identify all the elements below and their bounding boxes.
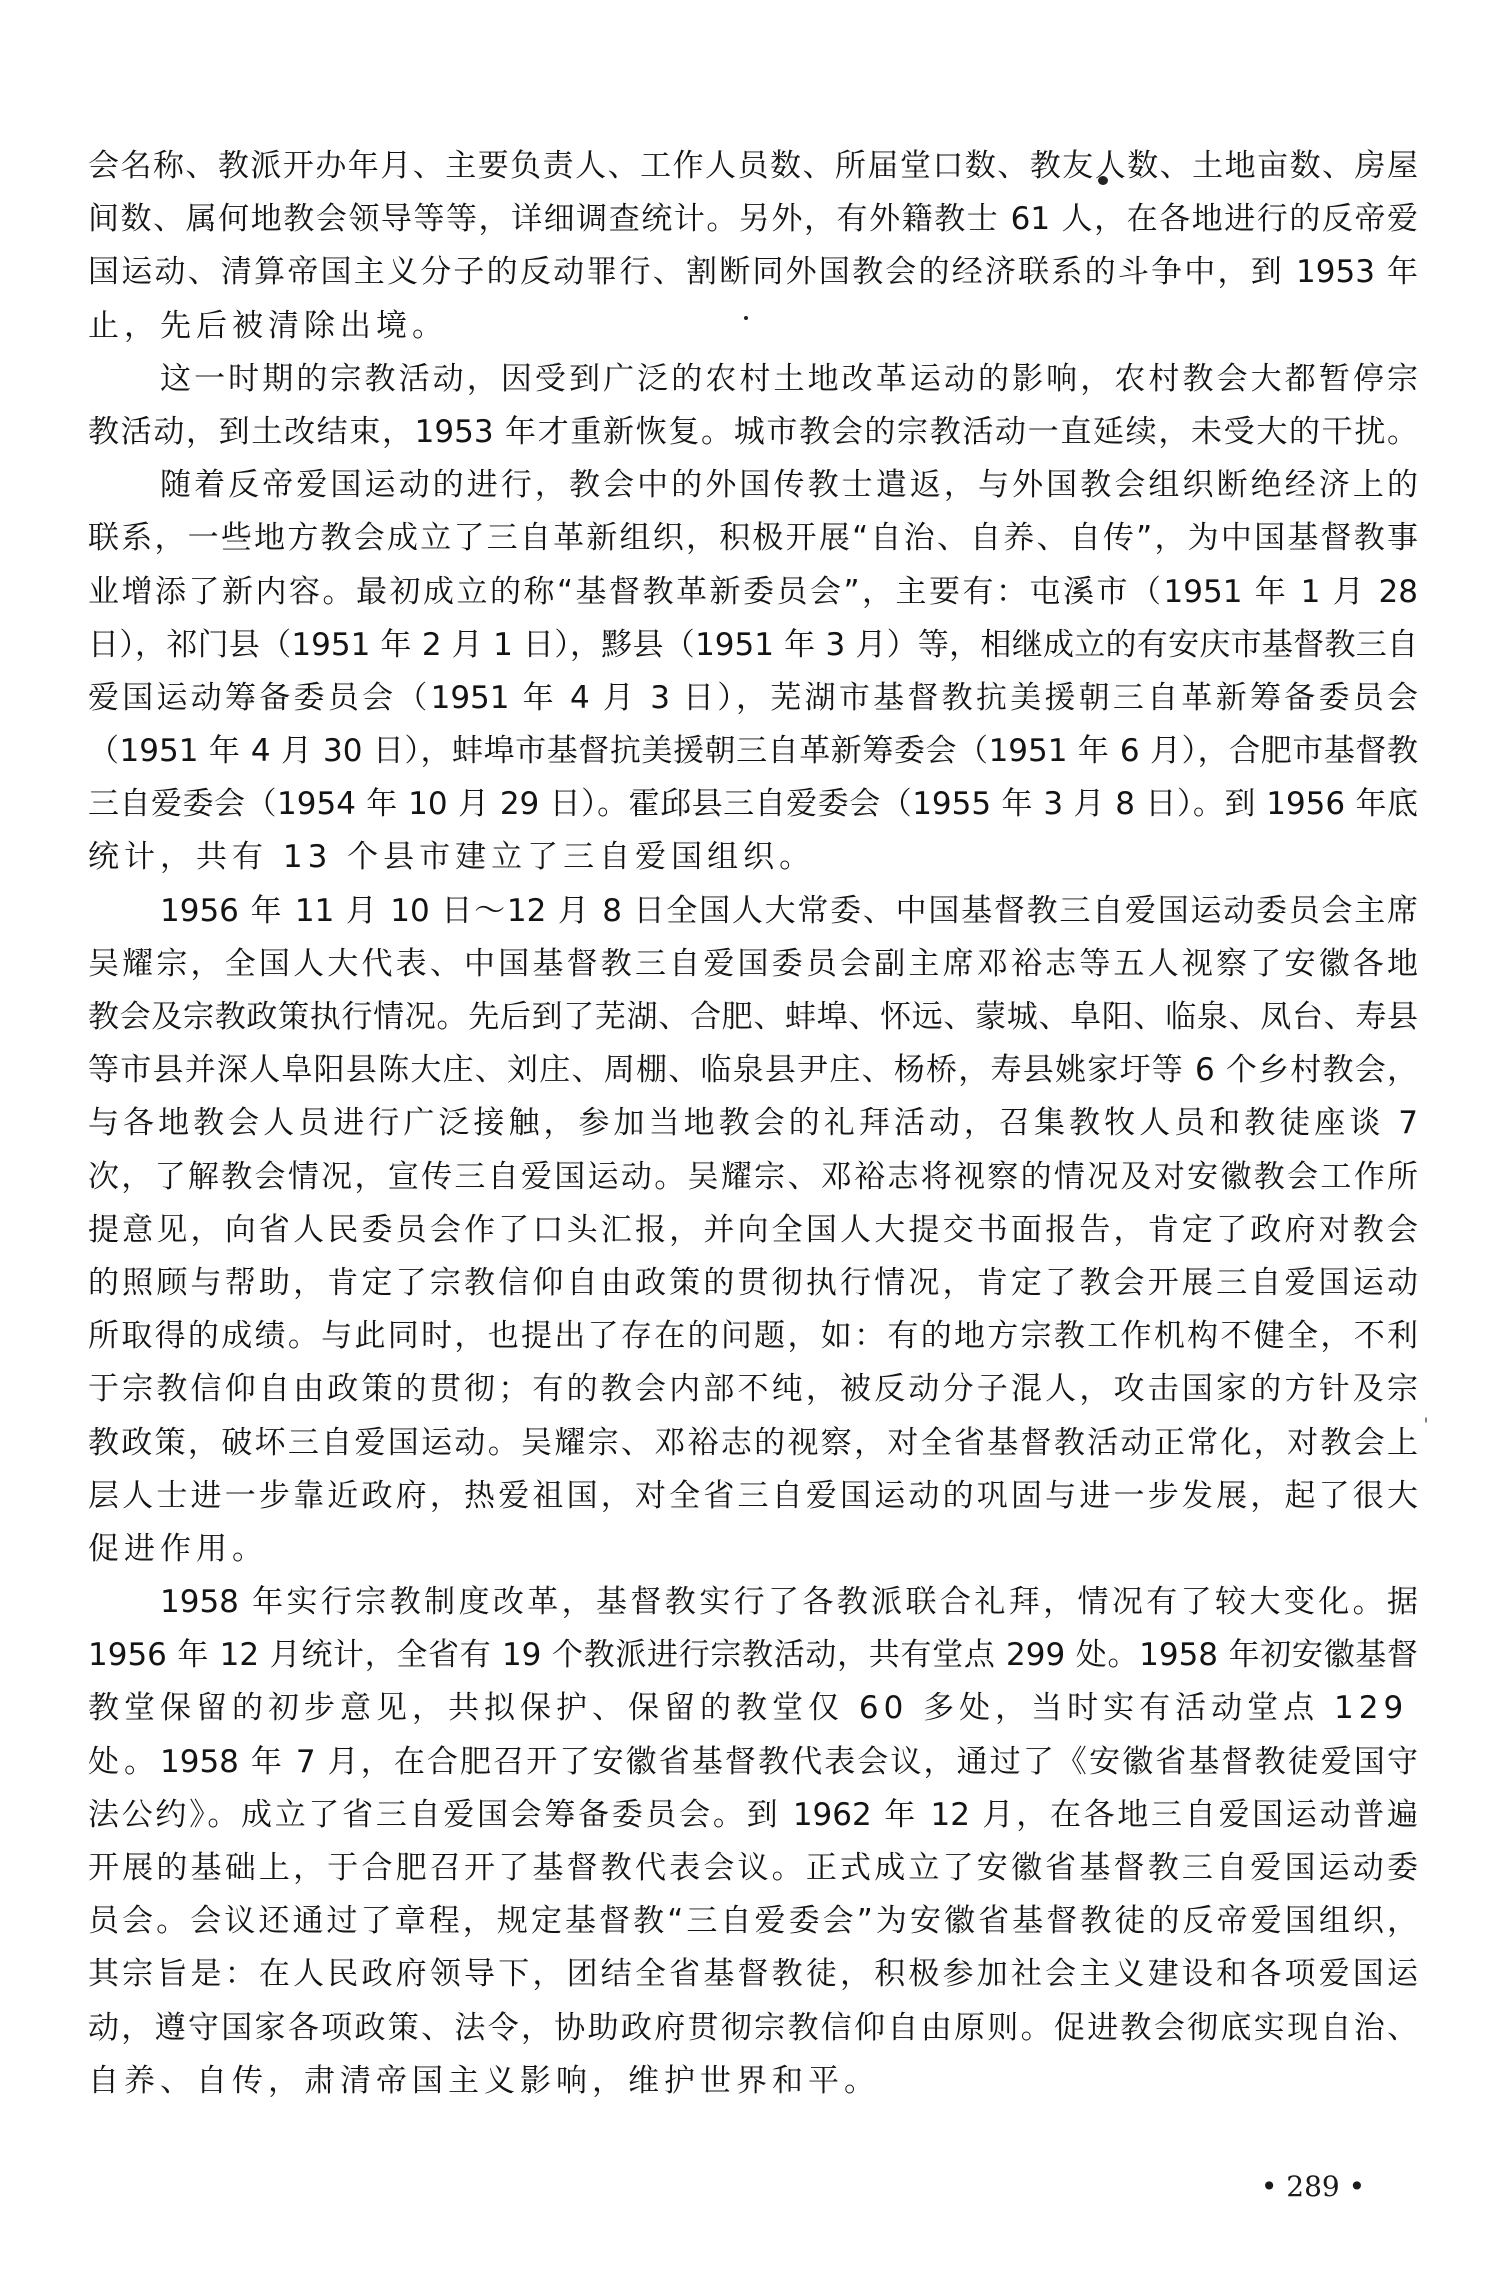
paragraph: 1958 年实行宗教制度改革，基督教实行了各教派联合礼拜，情况有了较大变化。据 … (88, 1576, 1418, 1736)
text-line: 统计，共有 13 个县市建立了三自爱国组织。 (88, 831, 1418, 884)
text-line: 爱国运动筹备委员会（1951 年 4 月 3 日），芜湖市基督教抗美援朝三自革新… (88, 672, 1418, 725)
text-line: 教政策，破坏三自爱国运动。吴耀宗、邓裕志的视察，对全省基督教活动正常化，对教会上 (88, 1417, 1418, 1470)
text-line: 层人士进一步靠近政府，热爱祖国，对全省三自爱国运动的巩固与进一步发展，起了很大 (88, 1470, 1418, 1523)
text-line: （1951 年 4 月 30 日），蚌埠市基督抗美援朝三自革新筹委会（1951 … (88, 725, 1418, 778)
text-line: 1956 年 12 月统计，全省有 19 个教派进行宗教活动，共有堂点 299 … (88, 1629, 1418, 1682)
scan-speck (1425, 1417, 1427, 1423)
text-line: 动，遵守国家各项政策、法令，协助政府贯彻宗教信仰自由原则。促进教会彻底实现自治、 (88, 2002, 1418, 2055)
text-line: 自养、自传，肃清帝国主义影响，维护世界和平。 (88, 2055, 1418, 2108)
text-line: 会名称、教派开办年月、主要负责人、工作人员数、所届堂口数、教友人数、土地亩数、房… (88, 140, 1418, 193)
text-line: 员会。会议还通过了章程，规定基督教“三自爱委会”为安徽省基督教徒的反帝爱国组织， (88, 1895, 1418, 1948)
text-line: 教堂保留的初步意见，共拟保护、保留的教堂仅 60 多处，当时实有活动堂点 129… (88, 1682, 1418, 1735)
text-line: 吴耀宗，全国人大代表、中国基督教三自爱国委员会副主席邓裕志等五人视察了安徽各地 (88, 938, 1418, 991)
text-line: 业增添了新内容。最初成立的称“基督教革新委员会”，主要有：屯溪市（1951 年 … (88, 566, 1418, 619)
text-line: 教会及宗教政策执行情况。先后到了芜湖、合肥、蚌埠、怀远、蒙城、阜阳、临泉、凤台、… (88, 991, 1418, 1044)
text-line: 国运动、清算帝国主义分子的反动罪行、割断同外国教会的经济联系的斗争中，到 195… (88, 246, 1418, 299)
text-line: 这一时期的宗教活动，因受到广泛的农村土地改革运动的影响，农村教会大都暂停宗 (88, 353, 1418, 406)
text-line: 1956 年 11 月 10 日～12 月 8 日全国人大常委、中国基督教三自爱… (88, 885, 1418, 938)
paragraph: 1956 年 11 月 10 日～12 月 8 日全国人大常委、中国基督教三自爱… (88, 885, 1418, 1576)
paragraph: 这一时期的宗教活动，因受到广泛的农村土地改革运动的影响，农村教会大都暂停宗 教活… (88, 353, 1418, 459)
text-line: 1958 年实行宗教制度改革，基督教实行了各教派联合礼拜，情况有了较大变化。据 (88, 1576, 1418, 1629)
paragraph: 1958 年 7 月，在合肥召开了安徽省基督教代表会议，通过了《安徽省基督教徒爱… (88, 1736, 1418, 2108)
text-line: 日），祁门县（1951 年 2 月 1 日），黟县（1951 年 3 月）等，相… (88, 619, 1418, 672)
scan-speck (744, 316, 748, 320)
text-line: 其宗旨是：在人民政府领导下，团结全省基督教徒，积极参加社会主义建设和各项爱国运 (88, 1948, 1418, 2001)
text-line: 教活动，到土改结束，1953 年才重新恢复。城市教会的宗教活动一直延续，未受大的… (88, 406, 1418, 459)
text-line: 1958 年 7 月，在合肥召开了安徽省基督教代表会议，通过了《安徽省基督教徒爱… (88, 1736, 1418, 1789)
text-line: 促进作用。 (88, 1523, 1418, 1576)
scan-speck (1098, 176, 1108, 185)
text-line: 于宗教信仰自由政策的贯彻；有的教会内部不纯，被反动分子混人，攻击国家的方针及宗 (88, 1363, 1418, 1416)
page-number: • 289 • (1258, 2167, 1368, 2207)
text-line: 间数、属何地教会领导等等，详细调查统计。另外，有外籍教士 61 人，在各地进行的… (88, 193, 1418, 246)
text-line: 三自爱委会（1954 年 10 月 29 日）。霍邱县三自爱委会（1955 年 … (88, 778, 1418, 831)
text-line: 开展的基础上，于合肥召开了基督教代表会议。正式成立了安徽省基督教三自爱国运动委 (88, 1842, 1418, 1895)
text-line: 止，先后被清除出境。 (88, 300, 1418, 353)
paragraph: 会名称、教派开办年月、主要负责人、工作人员数、所届堂口数、教友人数、土地亩数、房… (88, 140, 1418, 353)
text-line: 次，了解教会情况，宣传三自爱国运动。吴耀宗、邓裕志将视察的情况及对安徽教会工作所 (88, 1151, 1418, 1204)
text-line: 联系，一些地方教会成立了三自革新组织，积极开展“自治、自养、自传”，为中国基督教… (88, 512, 1418, 565)
text-line: 的照顾与帮助，肯定了宗教信仰自由政策的贯彻执行情况，肯定了教会开展三自爱国运动 (88, 1257, 1418, 1310)
text-line: 与各地教会人员进行广泛接触，参加当地教会的礼拜活动，召集教牧人员和教徒座谈 7 (88, 1097, 1418, 1150)
text-line: 法公约》。成立了省三自爱国会筹备委员会。到 1962 年 12 月，在各地三自爱… (88, 1789, 1418, 1842)
paragraph: 随着反帝爱国运动的进行，教会中的外国传教士遣返，与外国教会组织断绝经济上的 联系… (88, 459, 1418, 885)
text-line: 随着反帝爱国运动的进行，教会中的外国传教士遣返，与外国教会组织断绝经济上的 (88, 459, 1418, 512)
text-line: 提意见，向省人民委员会作了口头汇报，并向全国人大提交书面报告，肯定了政府对教会 (88, 1204, 1418, 1257)
text-line: 所取得的成绩。与此同时，也提出了存在的问题，如：有的地方宗教工作机构不健全，不利 (88, 1310, 1418, 1363)
page-body-text: 会名称、教派开办年月、主要负责人、工作人员数、所届堂口数、教友人数、土地亩数、房… (88, 140, 1418, 2108)
text-line: 等市县并深人阜阳县陈大庄、刘庄、周棚、临泉县尹庄、杨桥，寿县姚家圩等 6 个乡村… (88, 1044, 1418, 1097)
